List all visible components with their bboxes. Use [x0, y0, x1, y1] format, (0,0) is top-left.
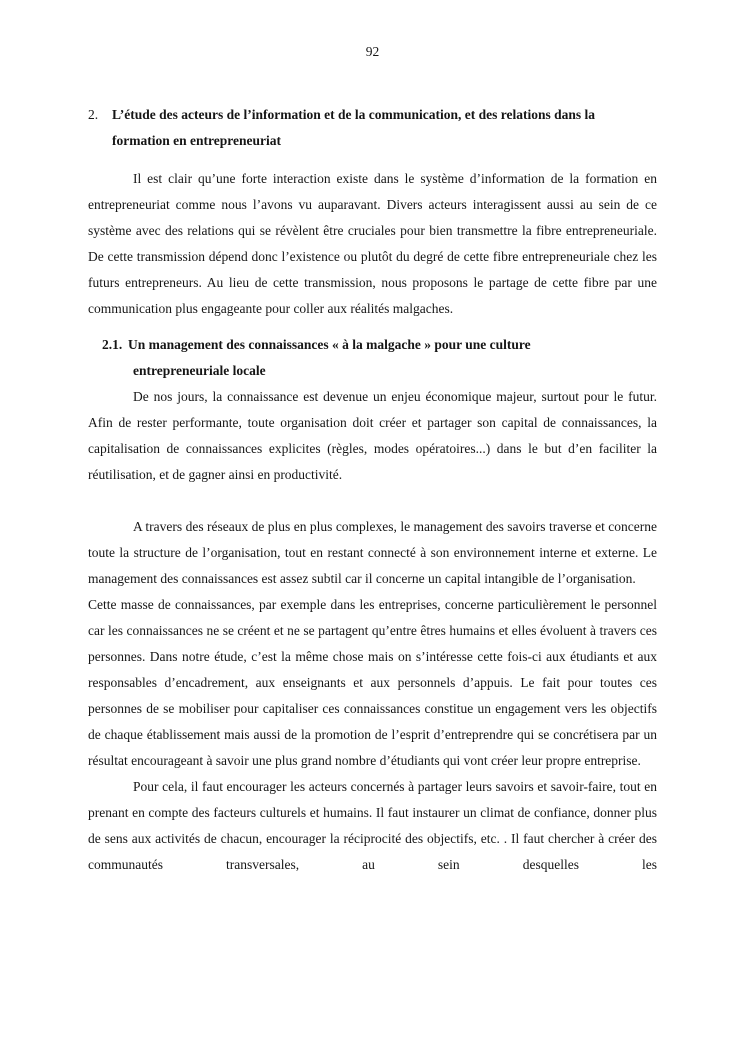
paragraph-mass: Cette masse de connaissances, par exempl… [88, 592, 657, 774]
section-heading-text: L’étude des acteurs de l’information et … [112, 102, 657, 154]
paragraph-intro: Il est clair qu’une forte interaction ex… [88, 166, 657, 322]
subsection-heading-line2: entrepreneuriale locale [128, 358, 657, 384]
section-heading-line1: L’étude des acteurs de l’information et … [112, 102, 657, 128]
paragraph-knowledge: De nos jours, la connaissance est devenu… [88, 384, 657, 488]
page-number: 92 [88, 39, 657, 65]
subsection-heading-number: 2.1. [102, 332, 128, 384]
document-page: 92 2. L’étude des acteurs de l’informati… [0, 0, 745, 1053]
subsection-heading-text: Un management des connaissances « à la m… [128, 332, 657, 384]
section-heading-number: 2. [88, 102, 112, 154]
section-heading: 2. L’étude des acteurs de l’information … [88, 102, 657, 154]
section-heading-line2: formation en entrepreneuriat [112, 128, 657, 154]
subsection-heading: 2.1. Un management des connaissances « à… [102, 332, 657, 384]
paragraph-encourage: Pour cela, il faut encourager les acteur… [88, 774, 657, 878]
subsection-heading-line1: Un management des connaissances « à la m… [128, 332, 657, 358]
paragraph-networks: A travers des réseaux de plus en plus co… [88, 514, 657, 592]
